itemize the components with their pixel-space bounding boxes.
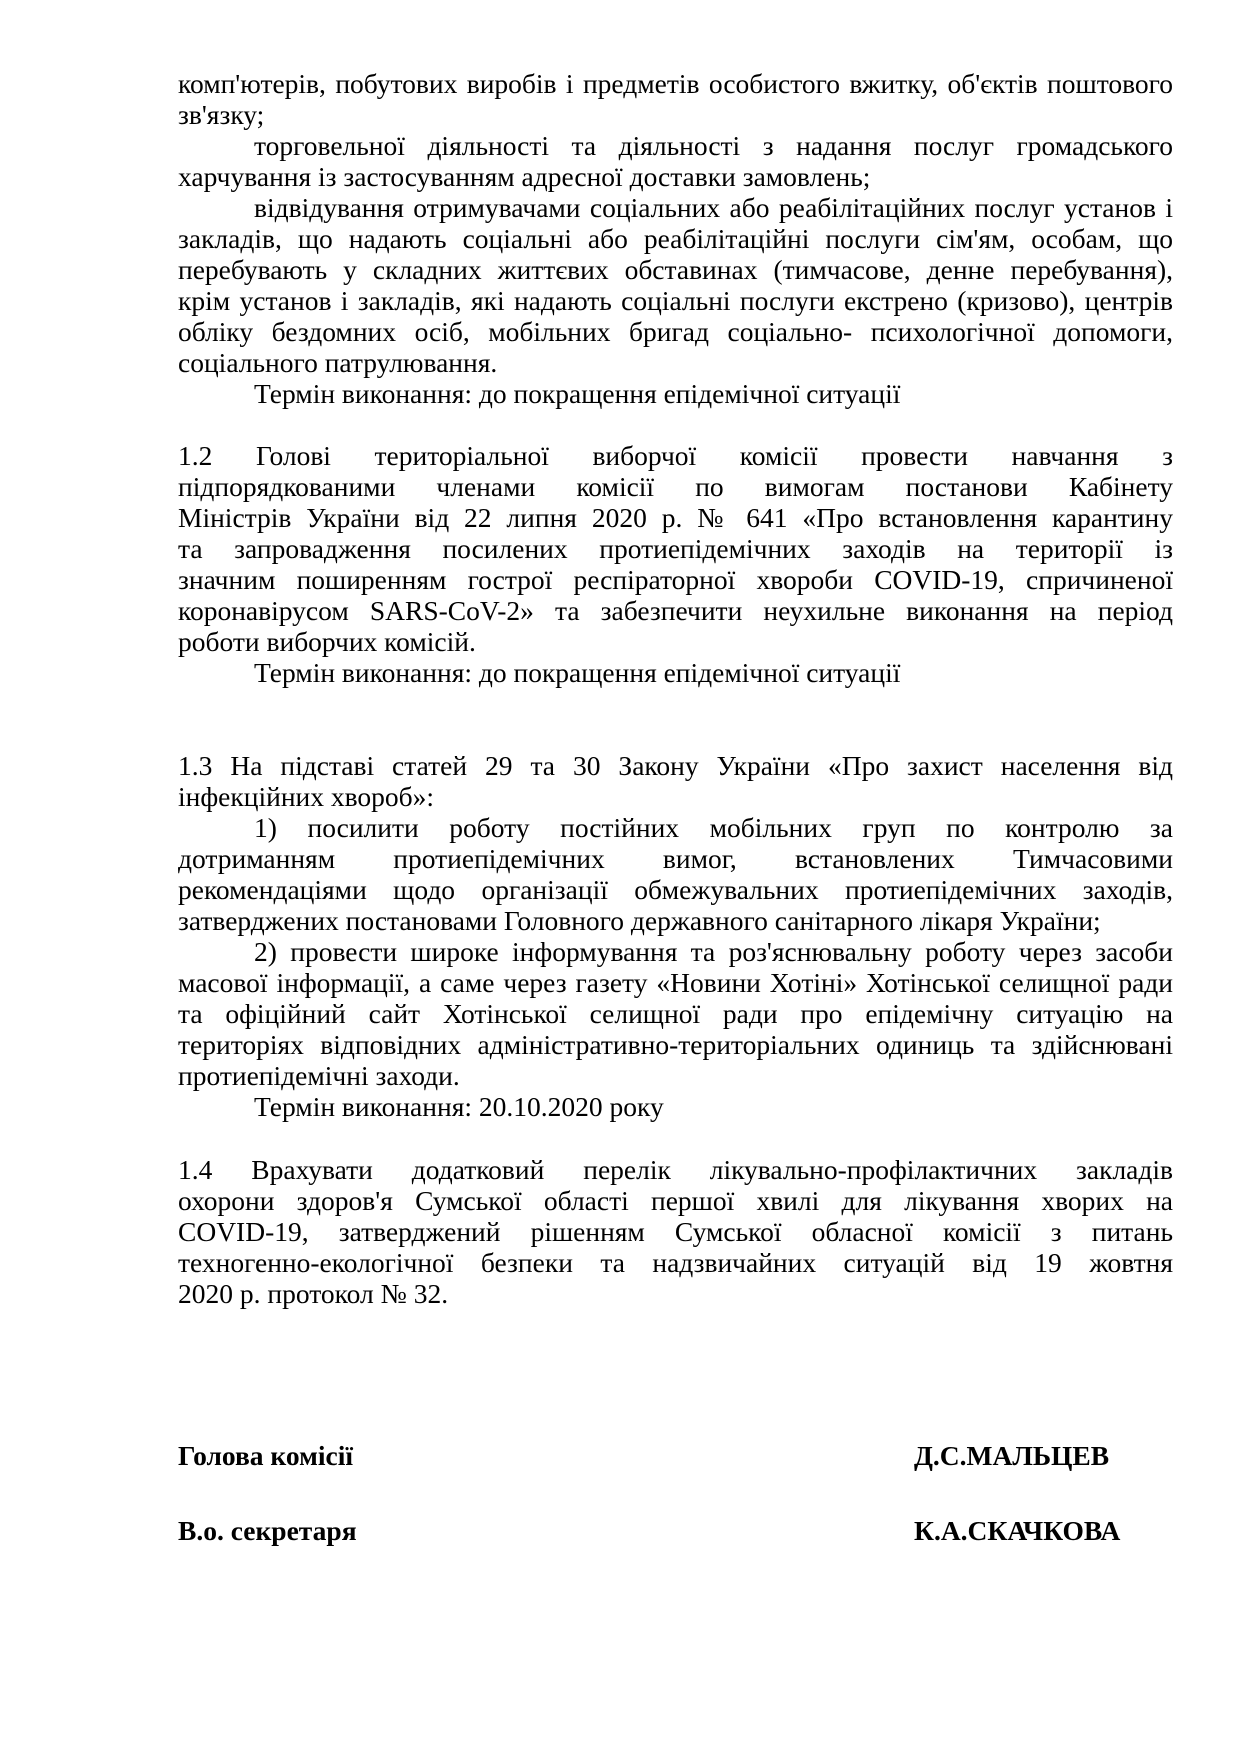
text-line: дотриманням протиепідемічних вимог, вста…: [178, 843, 1173, 874]
text-line: 1.4 Врахувати додатковий перелік лікувал…: [178, 1154, 1173, 1185]
text-line: масової інформації, а саме через газету …: [178, 967, 1173, 998]
deadline-text: Термін виконання: до покращення епідеміч…: [254, 378, 1173, 409]
text-line: зв'язку;: [178, 99, 1173, 130]
text-line: перебувають у складних життєвих обставин…: [178, 254, 1173, 285]
text-line: коронавірусом SARS-CoV-2» та забезпечити…: [178, 595, 1173, 626]
document-page: комп'ютерів, побутових виробів і предмет…: [0, 0, 1240, 1754]
text-line: підпорядкованими членами комісії по вимо…: [178, 471, 1173, 502]
signature-name-chair: Д.С.МАЛЬЦЕВ: [914, 1440, 1109, 1471]
text-line: інфекційних хвороб»:: [178, 781, 1173, 812]
signature-title-chair: Голова комісії: [178, 1440, 353, 1471]
text-line: соціального патрулювання.: [178, 347, 1173, 378]
text-line: Міністрів України від 22 липня 2020 р. №…: [178, 502, 1173, 533]
text-line: протиепідемічні заходи.: [178, 1060, 1173, 1091]
text-line: роботи виборчих комісій.: [178, 626, 1173, 657]
signature-title-secretary: В.о. секретаря: [178, 1515, 357, 1546]
deadline-text: Термін виконання: 20.10.2020 року: [254, 1091, 1173, 1122]
text-line: затверджених постановами Головного держа…: [178, 905, 1173, 936]
signature-name-secretary: К.А.СКАЧКОВА: [914, 1515, 1120, 1546]
text-line: рекомендаціями щодо організації обмежува…: [178, 874, 1173, 905]
text-line: 2) провести широке інформування та роз'я…: [254, 936, 1173, 967]
text-line: значним поширенням гострої респіраторної…: [178, 564, 1173, 595]
text-line: торговельної діяльності та діяльності з …: [254, 130, 1173, 161]
text-line: відвідування отримувачами соціальних або…: [254, 192, 1173, 223]
deadline-text: Термін виконання: до покращення епідеміч…: [254, 657, 1173, 688]
text-line: 1) посилити роботу постійних мобільних г…: [254, 812, 1173, 843]
text-line: 1.3 На підставі статей 29 та 30 Закону У…: [178, 750, 1173, 781]
text-line: COVID-19, затверджений рішенням Сумської…: [178, 1216, 1173, 1247]
text-line: охорони здоров'я Сумської області першої…: [178, 1185, 1173, 1216]
text-line: та офіційний сайт Хотінської селищної ра…: [178, 998, 1173, 1029]
text-line: крім установ і закладів, які надають соц…: [178, 285, 1173, 316]
text-line: обліку бездомних осіб, мобільних бригад …: [178, 316, 1173, 347]
text-line: техногенно-екологічної безпеки та надзви…: [178, 1247, 1173, 1278]
text-line: харчування із застосуванням адресної дос…: [178, 161, 1173, 192]
text-line: комп'ютерів, побутових виробів і предмет…: [178, 68, 1173, 99]
text-line: територіях відповідних адміністративно-т…: [178, 1029, 1173, 1060]
text-line: 1.2 Голові територіальної виборчої коміс…: [178, 440, 1173, 471]
text-line: та запровадження посилених протиепідеміч…: [178, 533, 1173, 564]
text-line: закладів, що надають соціальні або реабі…: [178, 223, 1173, 254]
text-line: 2020 р. протокол № 32.: [178, 1278, 1173, 1309]
